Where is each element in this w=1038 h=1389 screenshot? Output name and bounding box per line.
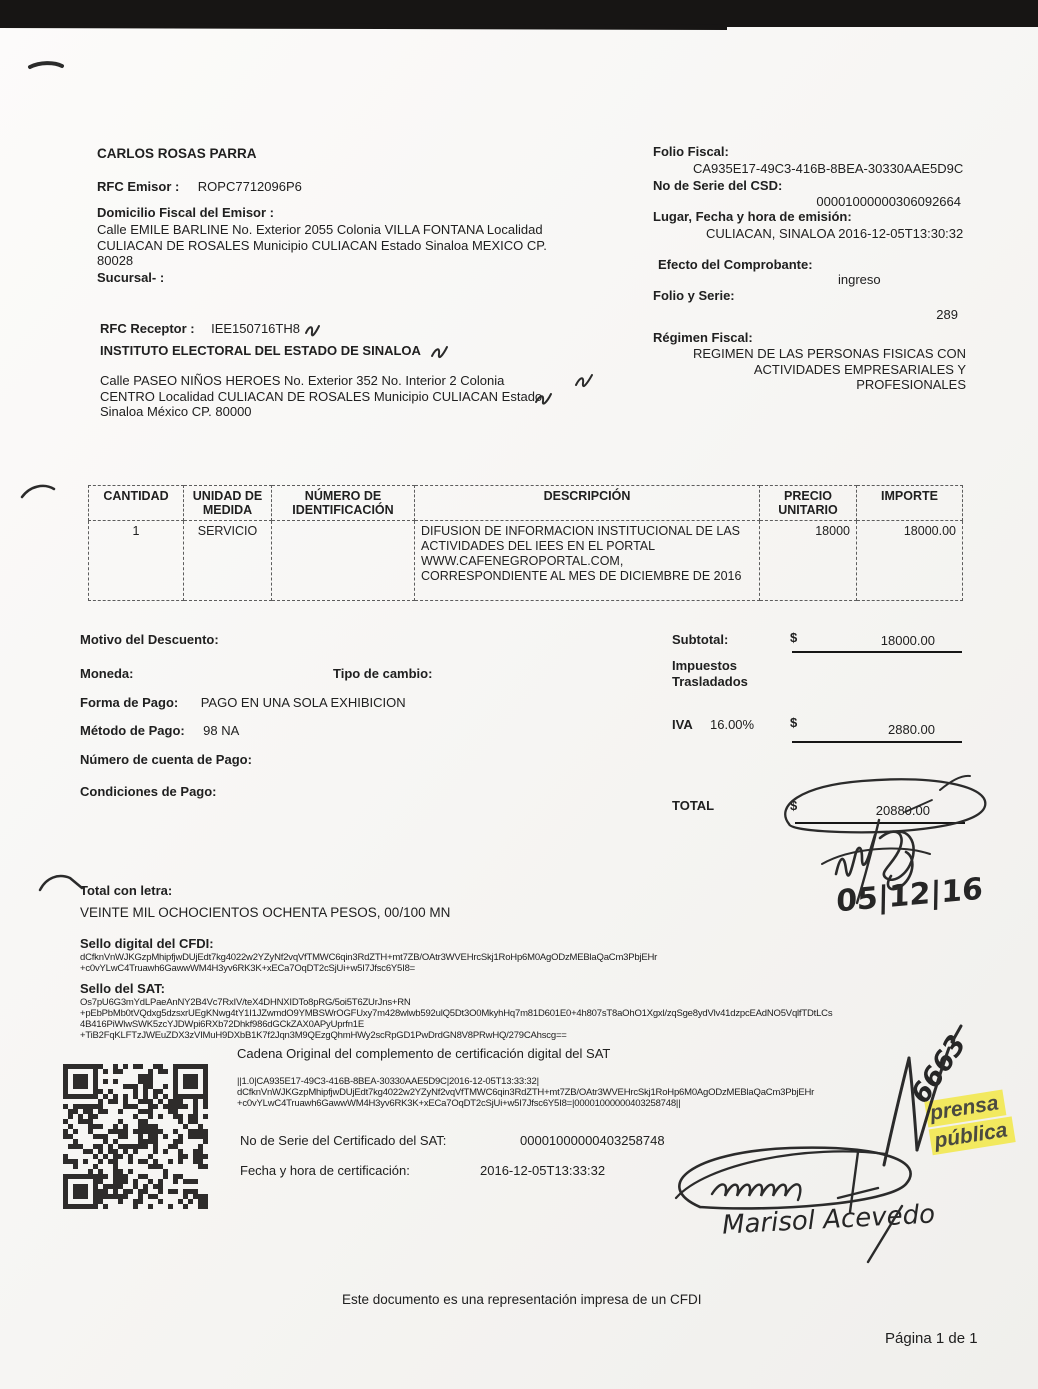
total-label: TOTAL bbox=[672, 798, 714, 813]
sucursal-label: Sucursal- : bbox=[97, 270, 164, 285]
cuenta-pago-label: Número de cuenta de Pago: bbox=[80, 752, 252, 767]
subtotal-underline bbox=[792, 651, 962, 653]
cell-precio-unitario: 18000 bbox=[760, 521, 857, 601]
pen-curve-total-letra bbox=[40, 876, 82, 890]
col-numero-identificacion: NÚMERO DE IDENTIFICACIÓN bbox=[272, 486, 415, 521]
items-table: CANTIDAD UNIDAD DE MEDIDA NÚMERO DE IDEN… bbox=[88, 485, 963, 601]
domicilio-emisor-value: Calle EMILE BARLINE No. Exterior 2055 Co… bbox=[97, 222, 583, 269]
col-unidad: UNIDAD DE MEDIDA bbox=[184, 486, 272, 521]
col-importe: IMPORTE bbox=[857, 486, 963, 521]
impuestos-label: Impuestos Trasladados bbox=[672, 658, 762, 690]
cadena-line-1: ||1.0|CA935E17-49C3-416B-8BEA-30330AAE5D… bbox=[237, 1076, 539, 1087]
folio-serie-label: Folio y Serie: bbox=[653, 288, 735, 303]
no-serie-csd-value: 00001000000306092664 bbox=[653, 194, 961, 209]
pen-dash-top-left bbox=[30, 63, 62, 67]
cadena-label: Cadena Original del complemento de certi… bbox=[237, 1046, 610, 1061]
cell-cantidad: 1 bbox=[89, 521, 184, 601]
sello-sat-line-4: +TiB2FqKLFTzJWEuZDX3zVIMuH9DXbB1K7f2Jqn3… bbox=[80, 1030, 567, 1041]
highlighted-note: prensa pública bbox=[924, 1089, 1015, 1155]
folio-fiscal-label: Folio Fiscal: bbox=[653, 144, 729, 159]
folio-fiscal-value: CA935E17-49C3-416B-8BEA-30330AAE5D9C bbox=[693, 161, 963, 176]
subtotal-label: Subtotal: bbox=[672, 632, 728, 647]
total-underline bbox=[795, 822, 965, 824]
scanner-black-bar-edge bbox=[0, 23, 727, 30]
table-row: 1 SERVICIO DIFUSION DE INFORMACION INSTI… bbox=[89, 521, 963, 601]
qr-code-icon bbox=[63, 1064, 208, 1209]
signature-cross-horizontal bbox=[838, 1188, 878, 1198]
page-number: Página 1 de 1 bbox=[885, 1330, 978, 1347]
cell-importe: 18000.00 bbox=[857, 521, 963, 601]
sello-sat-label: Sello del SAT: bbox=[80, 981, 165, 996]
tipo-cambio-label: Tipo de cambio: bbox=[333, 666, 432, 681]
fecha-cert-label: Fecha y hora de certificación: bbox=[240, 1163, 410, 1178]
regimen-label: Régimen Fiscal: bbox=[653, 330, 753, 345]
iva-rate: 16.00% bbox=[710, 717, 754, 732]
total-value: 20880.00 bbox=[790, 803, 930, 818]
cadena-line-3: +c0vYLwC4Truawh6GawwWM4H3yv6RK3K+xECa7Oq… bbox=[237, 1098, 680, 1109]
forma-pago-value: PAGO EN UNA SOLA EXHIBICION bbox=[201, 695, 406, 710]
lugar-fecha-value: CULIACAN, SINALOA 2016-12-05T13:30:32 bbox=[706, 226, 963, 241]
sello-sat-line-1: Os7pU6G3mYdLPaeAnNY2B4Vc7RxIV/teX4DHNXID… bbox=[80, 997, 411, 1008]
cert-sat-value: 00001000000403258748 bbox=[520, 1133, 665, 1148]
initials-underline bbox=[822, 849, 930, 864]
domicilio-emisor-label: Domicilio Fiscal del Emisor : bbox=[97, 205, 274, 220]
condiciones-pago-label: Condiciones de Pago: bbox=[80, 784, 217, 799]
forma-pago-label: Forma de Pago: bbox=[80, 695, 178, 710]
metodo-pago-label: Método de Pago: bbox=[80, 723, 185, 738]
total-letra-value: VEINTE MIL OCHOCIENTOS OCHENTA PESOS, 00… bbox=[80, 905, 450, 920]
footer-legend: Este documento es una representación imp… bbox=[342, 1292, 701, 1307]
rfc-emisor-value: ROPC7712096P6 bbox=[198, 179, 302, 194]
iva-label: IVA bbox=[672, 717, 693, 732]
iva-underline bbox=[792, 741, 962, 743]
initials-scribble-2 bbox=[880, 832, 914, 880]
scanned-cfdi-invoice: CARLOS ROSAS PARRA RFC Emisor : ROPC7712… bbox=[0, 0, 1038, 1389]
flourish-n-stroke-2 bbox=[909, 1058, 917, 1150]
receptor-name: INSTITUTO ELECTORAL DEL ESTADO DE SINALO… bbox=[100, 343, 421, 358]
fecha-cert-value: 2016-12-05T13:33:32 bbox=[480, 1163, 605, 1178]
cell-numero-identificacion bbox=[272, 521, 415, 601]
col-descripcion: DESCRIPCIÓN bbox=[415, 486, 760, 521]
efecto-label: Efecto del Comprobante: bbox=[658, 257, 813, 272]
folio-serie-value: 289 bbox=[653, 307, 958, 322]
pen-checkmark-name bbox=[432, 347, 447, 357]
cadena-line-2: dCfknVnWJKGzpMhipfjwDUjEdt7kg4022w2YZyNf… bbox=[237, 1087, 814, 1098]
regimen-value: REGIMEN DE LAS PERSONAS FISICAS CON ACTI… bbox=[688, 346, 966, 393]
rfc-emisor-label: RFC Emisor : bbox=[97, 179, 179, 194]
cell-unidad: SERVICIO bbox=[184, 521, 272, 601]
signature-ellipse bbox=[679, 1148, 910, 1209]
pen-checkmark-rfc bbox=[306, 326, 319, 335]
efecto-value: ingreso bbox=[838, 272, 881, 287]
total-letra-label: Total con letra: bbox=[80, 883, 172, 898]
col-precio-unitario: PRECIO UNITARIO bbox=[760, 486, 857, 521]
sello-sat-line-3: 4B416PiWlwSWK5zcYJDWpi6RXb72Dhkf986dGCkZ… bbox=[80, 1019, 364, 1030]
rfc-receptor-label: RFC Receptor : bbox=[100, 321, 195, 336]
motivo-descuento-label: Motivo del Descuento: bbox=[80, 632, 219, 647]
sello-sat-line-2: +pEbPbMb0tVQdxg5dzsxrUEgKNwg4tY1I1JZwmdO… bbox=[80, 1008, 832, 1019]
moneda-label: Moneda: bbox=[80, 666, 133, 681]
iva-value: 2880.00 bbox=[790, 722, 935, 737]
total-circle-tail bbox=[940, 776, 970, 790]
no-serie-csd-label: No de Serie del CSD: bbox=[653, 178, 782, 193]
signature-name: Marisol Acevedo bbox=[721, 1199, 935, 1240]
col-cantidad: CANTIDAD bbox=[89, 486, 184, 521]
handwritten-date: 05|12|16 bbox=[836, 871, 983, 919]
domicilio-receptor-value: Calle PASEO NIÑOS HEROES No. Exterior 35… bbox=[100, 373, 552, 420]
pen-curve-table-left bbox=[22, 486, 54, 497]
items-table-header-row: CANTIDAD UNIDAD DE MEDIDA NÚMERO DE IDEN… bbox=[89, 486, 963, 521]
sello-cfdi-label: Sello digital del CFDI: bbox=[80, 936, 214, 951]
emisor-name: CARLOS ROSAS PARRA bbox=[97, 146, 257, 161]
metodo-pago-value: 98 NA bbox=[203, 723, 239, 738]
subtotal-value: 18000.00 bbox=[790, 633, 935, 648]
signature-zigzag bbox=[712, 1184, 800, 1200]
initials-scribble-1 bbox=[836, 835, 875, 875]
cell-descripcion: DIFUSION DE INFORMACION INSTITUCIONAL DE… bbox=[415, 521, 760, 601]
sello-cfdi-line-1: dCfknVnWJKGzpMhipfjwDUjEdt7kg4022w2YZyNf… bbox=[80, 952, 657, 963]
rfc-receptor-value: IEE150716TH8 bbox=[211, 321, 300, 336]
signature-sweep bbox=[676, 1151, 886, 1198]
sello-cfdi-line-2: +c0vYLwC4Truawh6GawwWM4H3yv6RK3K+xECa7Oq… bbox=[80, 963, 415, 974]
lugar-fecha-label: Lugar, Fecha y hora de emisión: bbox=[653, 209, 852, 224]
cert-sat-label: No de Serie del Certificado del SAT: bbox=[240, 1133, 446, 1148]
pen-checkmark-address-1 bbox=[576, 375, 592, 386]
flourish-n-stroke-1 bbox=[884, 1058, 909, 1165]
